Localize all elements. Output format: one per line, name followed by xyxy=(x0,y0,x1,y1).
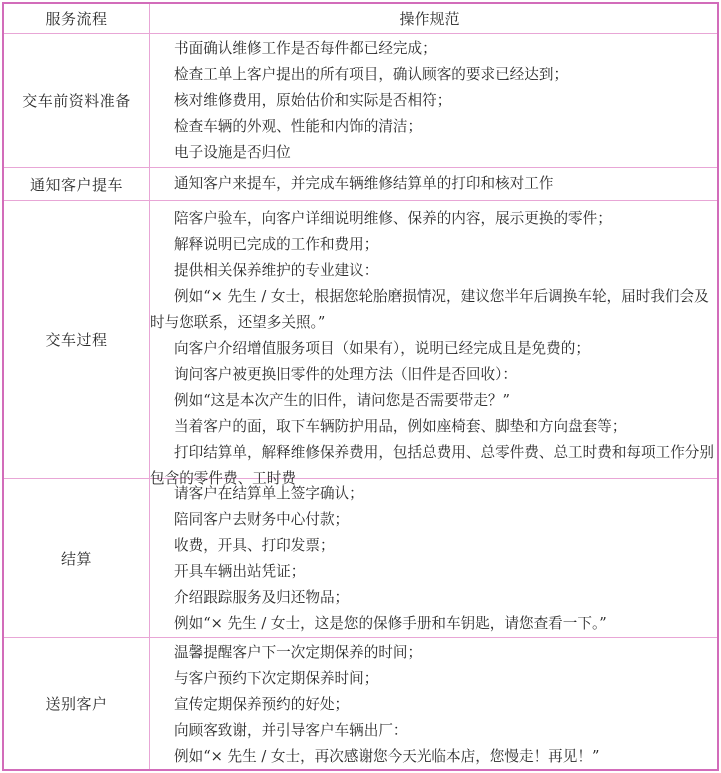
spec-line: 向客户介绍增值服务项目（如果有），说明已经完成且是免费的； xyxy=(150,336,717,362)
table-header-row: 服务流程 操作规范 xyxy=(4,4,717,33)
process-cell: 结算 xyxy=(4,479,150,637)
header-process: 服务流程 xyxy=(4,4,150,33)
spec-cell: 陪客户验车，向客户详细说明维修、保养的内容，展示更换的零件； 解释说明已完成的工… xyxy=(150,201,717,478)
table-row-pre-delivery: 交车前资料准备 书面确认维修工作是否每件都已经完成； 检查工单上客户提出的所有项… xyxy=(4,33,717,167)
spec-line: 收费，开具、打印发票； xyxy=(150,533,717,559)
spec-line: 请客户在结算单上签字确认； xyxy=(150,481,717,507)
spec-line: 检查工单上客户提出的所有项目，确认顾客的要求已经达到； xyxy=(150,62,717,88)
spec-line: 开具车辆出站凭证； xyxy=(150,559,717,585)
spec-line: 提供相关保养维护的专业建议： xyxy=(150,258,717,284)
spec-cell: 温馨提醒客户下一次定期保养的时间； 与客户预约下次定期保养时间； 宣传定期保养预… xyxy=(150,638,717,769)
spec-line: 询问客户被更换旧零件的处理方法（旧件是否回收）： xyxy=(150,362,717,388)
spec-line: 例如“× 先生 / 女士，再次感谢您今天光临本店，您慢走！再见！” xyxy=(150,744,717,770)
spec-cell: 请客户在结算单上签字确认； 陪同客户去财务中心付款； 收费，开具、打印发票； 开… xyxy=(150,479,717,637)
spec-line: 温馨提醒客户下一次定期保养的时间； xyxy=(150,640,717,666)
spec-line: 例如“× 先生 / 女士，根据您轮胎磨损情况，建议您半年后调换车轮，届时我们会及… xyxy=(150,284,717,336)
spec-line: 检查车辆的外观、性能和内饰的清洁； xyxy=(150,114,717,140)
spec-line: 例如“这是本次产生的旧件，请问您是否需要带走？” xyxy=(150,388,717,414)
service-process-table: 服务流程 操作规范 交车前资料准备 书面确认维修工作是否每件都已经完成； 检查工… xyxy=(2,2,719,771)
spec-line: 陪客户验车，向客户详细说明维修、保养的内容，展示更换的零件； xyxy=(150,206,717,232)
table-row-settlement: 结算 请客户在结算单上签字确认； 陪同客户去财务中心付款； 收费，开具、打印发票… xyxy=(4,478,717,637)
spec-line: 书面确认维修工作是否每件都已经完成； xyxy=(150,36,717,62)
spec-line: 陪同客户去财务中心付款； xyxy=(150,507,717,533)
spec-line: 向顾客致谢，并引导客户车辆出厂： xyxy=(150,718,717,744)
table-row-delivery-process: 交车过程 陪客户验车，向客户详细说明维修、保养的内容，展示更换的零件； 解释说明… xyxy=(4,200,717,478)
process-cell: 交车前资料准备 xyxy=(4,34,150,167)
process-cell: 通知客户提车 xyxy=(4,168,150,200)
process-cell: 交车过程 xyxy=(4,201,150,478)
spec-line: 与客户预约下次定期保养时间； xyxy=(150,666,717,692)
spec-line: 当着客户的面，取下车辆防护用品，例如座椅套、脚垫和方向盘套等； xyxy=(150,414,717,440)
table-row-farewell: 送别客户 温馨提醒客户下一次定期保养的时间； 与客户预约下次定期保养时间； 宣传… xyxy=(4,637,717,769)
process-cell: 送别客户 xyxy=(4,638,150,769)
spec-cell: 通知客户来提车，并完成车辆维修结算单的打印和核对工作 xyxy=(150,168,717,200)
spec-line: 例如“× 先生 / 女士，这是您的保修手册和车钥匙，请您查看一下。” xyxy=(150,611,717,637)
table-row-notify-pickup: 通知客户提车 通知客户来提车，并完成车辆维修结算单的打印和核对工作 xyxy=(4,167,717,200)
spec-line: 核对维修费用，原始估价和实际是否相符； xyxy=(150,88,717,114)
spec-line: 介绍跟踪服务及归还物品； xyxy=(150,585,717,611)
spec-line: 解释说明已完成的工作和费用； xyxy=(150,232,717,258)
header-spec: 操作规范 xyxy=(150,4,717,33)
spec-cell: 书面确认维修工作是否每件都已经完成； 检查工单上客户提出的所有项目，确认顾客的要… xyxy=(150,34,717,167)
spec-line: 电子设施是否归位 xyxy=(150,140,717,166)
spec-line: 通知客户来提车，并完成车辆维修结算单的打印和核对工作 xyxy=(150,171,717,197)
spec-line: 宣传定期保养预约的好处； xyxy=(150,692,717,718)
